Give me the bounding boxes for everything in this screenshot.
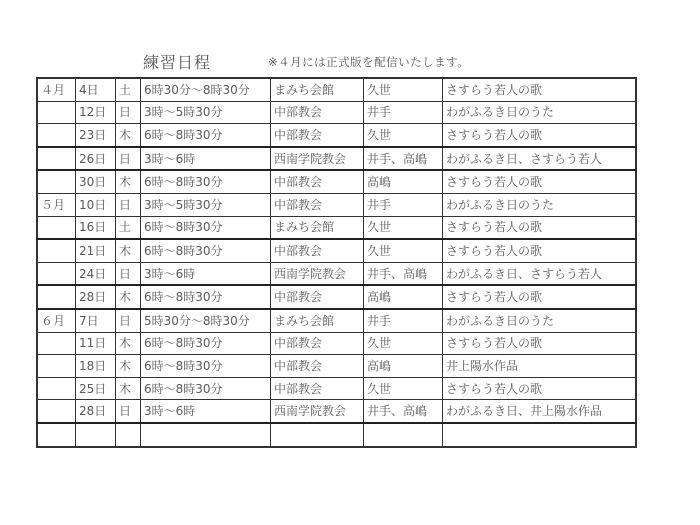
time-cell: 6時～8時30分 — [141, 239, 271, 262]
month-cell — [37, 216, 76, 239]
venue-cell: 中部教会 — [271, 193, 364, 216]
leader-cell: 久世 — [364, 332, 443, 355]
day-cell: 11日 — [76, 332, 116, 355]
venue-cell: まみち会館 — [271, 309, 364, 332]
leader-cell: 高嶋 — [364, 355, 443, 378]
leader-cell: 久世 — [364, 239, 443, 262]
day-cell: 30日 — [76, 170, 116, 193]
song-cell: わがふるき日、さすらう若人 — [443, 262, 637, 285]
song-cell: さすらう若人の歌 — [443, 285, 637, 309]
day-cell: 24日 — [76, 262, 116, 285]
table-row: ５月10日日3時～5時30分中部教会井手わがふるき日のうた — [37, 193, 636, 216]
time-cell: 6時～8時30分 — [141, 377, 271, 400]
month-cell — [37, 400, 76, 423]
day-cell: 12日 — [76, 101, 116, 124]
song-cell: さすらう若人の歌 — [443, 78, 637, 101]
time-cell: 5時30分～8時30分 — [141, 309, 271, 332]
venue-cell: 西南学院教会 — [271, 147, 364, 171]
venue-cell: まみち会館 — [271, 216, 364, 239]
time-cell: 3時～6時 — [141, 400, 271, 423]
leader-cell: 井手、高嶋 — [364, 147, 443, 171]
song-cell — [443, 423, 637, 447]
day-cell: 25日 — [76, 377, 116, 400]
month-cell: ５月 — [37, 193, 76, 216]
leader-cell: 井手 — [364, 309, 443, 332]
table-row: 18日木6時～8時30分中部教会高嶋井上陽水作品 — [37, 355, 636, 378]
month-cell: ４月 — [37, 78, 76, 101]
table-row: 23日木6時～8時30分中部教会久世さすらう若人の歌 — [37, 124, 636, 147]
weekday-cell: 木 — [116, 170, 141, 193]
time-cell: 3時～6時 — [141, 262, 271, 285]
table-row: 30日木6時～8時30分中部教会高嶋さすらう若人の歌 — [37, 170, 636, 193]
venue-cell: 中部教会 — [271, 239, 364, 262]
venue-cell: 中部教会 — [271, 355, 364, 378]
schedule-table: ４月4日土6時30分～8時30分まみち会館久世さすらう若人の歌12日日3時～5時… — [36, 77, 637, 448]
page-title: 練習日程 — [143, 50, 211, 73]
leader-cell: 井手 — [364, 193, 443, 216]
leader-cell — [364, 423, 443, 447]
month-cell — [37, 355, 76, 378]
table-row: 12日日3時～5時30分中部教会井手わがふるき日のうた — [37, 101, 636, 124]
song-cell: さすらう若人の歌 — [443, 377, 637, 400]
table-row: 25日木6時～8時30分中部教会久世さすらう若人の歌 — [37, 377, 636, 400]
venue-cell: まみち会館 — [271, 78, 364, 101]
song-cell: さすらう若人の歌 — [443, 124, 637, 147]
weekday-cell — [116, 423, 141, 447]
leader-cell: 高嶋 — [364, 170, 443, 193]
time-cell: 6時～8時30分 — [141, 124, 271, 147]
song-cell: さすらう若人の歌 — [443, 216, 637, 239]
time-cell: 6時～8時30分 — [141, 355, 271, 378]
leader-cell: 井手、高嶋 — [364, 262, 443, 285]
weekday-cell: 木 — [116, 377, 141, 400]
table-row: 28日日3時～6時西南学院教会井手、高嶋わがふるき日、井上陽水作品 — [37, 400, 636, 423]
leader-cell: 久世 — [364, 377, 443, 400]
month-cell — [37, 262, 76, 285]
song-cell: わがふるき日のうた — [443, 101, 637, 124]
table-row: 11日木6時～8時30分中部教会久世さすらう若人の歌 — [37, 332, 636, 355]
leader-cell: 井手、高嶋 — [364, 400, 443, 423]
venue-cell: 中部教会 — [271, 332, 364, 355]
weekday-cell: 木 — [116, 124, 141, 147]
day-cell: 16日 — [76, 216, 116, 239]
leader-cell: 高嶋 — [364, 285, 443, 309]
weekday-cell: 日 — [116, 262, 141, 285]
day-cell — [76, 423, 116, 447]
day-cell: 7日 — [76, 309, 116, 332]
month-cell: ６月 — [37, 309, 76, 332]
song-cell: わがふるき日、井上陽水作品 — [443, 400, 637, 423]
venue-cell: 中部教会 — [271, 377, 364, 400]
table-row: 16日土6時～8時30分まみち会館久世さすらう若人の歌 — [37, 216, 636, 239]
venue-cell: 中部教会 — [271, 124, 364, 147]
venue-cell: 中部教会 — [271, 170, 364, 193]
song-cell: 井上陽水作品 — [443, 355, 637, 378]
day-cell: 4日 — [76, 78, 116, 101]
weekday-cell: 木 — [116, 239, 141, 262]
leader-cell: 久世 — [364, 216, 443, 239]
day-cell: 28日 — [76, 285, 116, 309]
weekday-cell: 木 — [116, 285, 141, 309]
schedule-body: ４月4日土6時30分～8時30分まみち会館久世さすらう若人の歌12日日3時～5時… — [37, 78, 636, 447]
song-cell: さすらう若人の歌 — [443, 170, 637, 193]
month-cell — [37, 239, 76, 262]
day-cell: 23日 — [76, 124, 116, 147]
venue-cell — [271, 423, 364, 447]
weekday-cell: 木 — [116, 332, 141, 355]
leader-cell: 久世 — [364, 78, 443, 101]
weekday-cell: 土 — [116, 216, 141, 239]
song-cell: わがふるき日のうた — [443, 193, 637, 216]
weekday-cell: 日 — [116, 147, 141, 171]
month-cell — [37, 170, 76, 193]
distribution-note: ※４月には正式版を配信いたします。 — [268, 54, 469, 70]
leader-cell: 井手 — [364, 101, 443, 124]
weekday-cell: 日 — [116, 309, 141, 332]
weekday-cell: 土 — [116, 78, 141, 101]
month-cell — [37, 147, 76, 171]
song-cell: さすらう若人の歌 — [443, 332, 637, 355]
month-cell — [37, 285, 76, 309]
song-cell: わがふるき日のうた — [443, 309, 637, 332]
time-cell: 6時～8時30分 — [141, 332, 271, 355]
month-cell — [37, 423, 76, 447]
table-row: 24日日3時～6時西南学院教会井手、高嶋わがふるき日、さすらう若人 — [37, 262, 636, 285]
song-cell: さすらう若人の歌 — [443, 239, 637, 262]
table-row: ４月4日土6時30分～8時30分まみち会館久世さすらう若人の歌 — [37, 78, 636, 101]
weekday-cell: 日 — [116, 400, 141, 423]
weekday-cell: 日 — [116, 101, 141, 124]
table-row: ６月7日日5時30分～8時30分まみち会館井手わがふるき日のうた — [37, 309, 636, 332]
venue-cell: 西南学院教会 — [271, 400, 364, 423]
time-cell: 6時～8時30分 — [141, 285, 271, 309]
month-cell — [37, 101, 76, 124]
time-cell: 6時～8時30分 — [141, 170, 271, 193]
month-cell — [37, 124, 76, 147]
leader-cell: 久世 — [364, 124, 443, 147]
month-cell — [37, 332, 76, 355]
table-row: 21日木6時～8時30分中部教会久世さすらう若人の歌 — [37, 239, 636, 262]
day-cell: 21日 — [76, 239, 116, 262]
day-cell: 10日 — [76, 193, 116, 216]
weekday-cell: 木 — [116, 355, 141, 378]
time-cell: 6時30分～8時30分 — [141, 78, 271, 101]
table-row — [37, 423, 636, 447]
day-cell: 26日 — [76, 147, 116, 171]
time-cell: 3時～5時30分 — [141, 193, 271, 216]
time-cell — [141, 423, 271, 447]
venue-cell: 中部教会 — [271, 285, 364, 309]
song-cell: わがふるき日、さすらう若人 — [443, 147, 637, 171]
table-row: 28日木6時～8時30分中部教会高嶋さすらう若人の歌 — [37, 285, 636, 309]
time-cell: 3時～5時30分 — [141, 101, 271, 124]
month-cell — [37, 377, 76, 400]
day-cell: 18日 — [76, 355, 116, 378]
table-row: 26日日3時～6時西南学院教会井手、高嶋わがふるき日、さすらう若人 — [37, 147, 636, 171]
venue-cell: 西南学院教会 — [271, 262, 364, 285]
time-cell: 6時～8時30分 — [141, 216, 271, 239]
venue-cell: 中部教会 — [271, 101, 364, 124]
day-cell: 28日 — [76, 400, 116, 423]
weekday-cell: 日 — [116, 193, 141, 216]
time-cell: 3時～6時 — [141, 147, 271, 171]
